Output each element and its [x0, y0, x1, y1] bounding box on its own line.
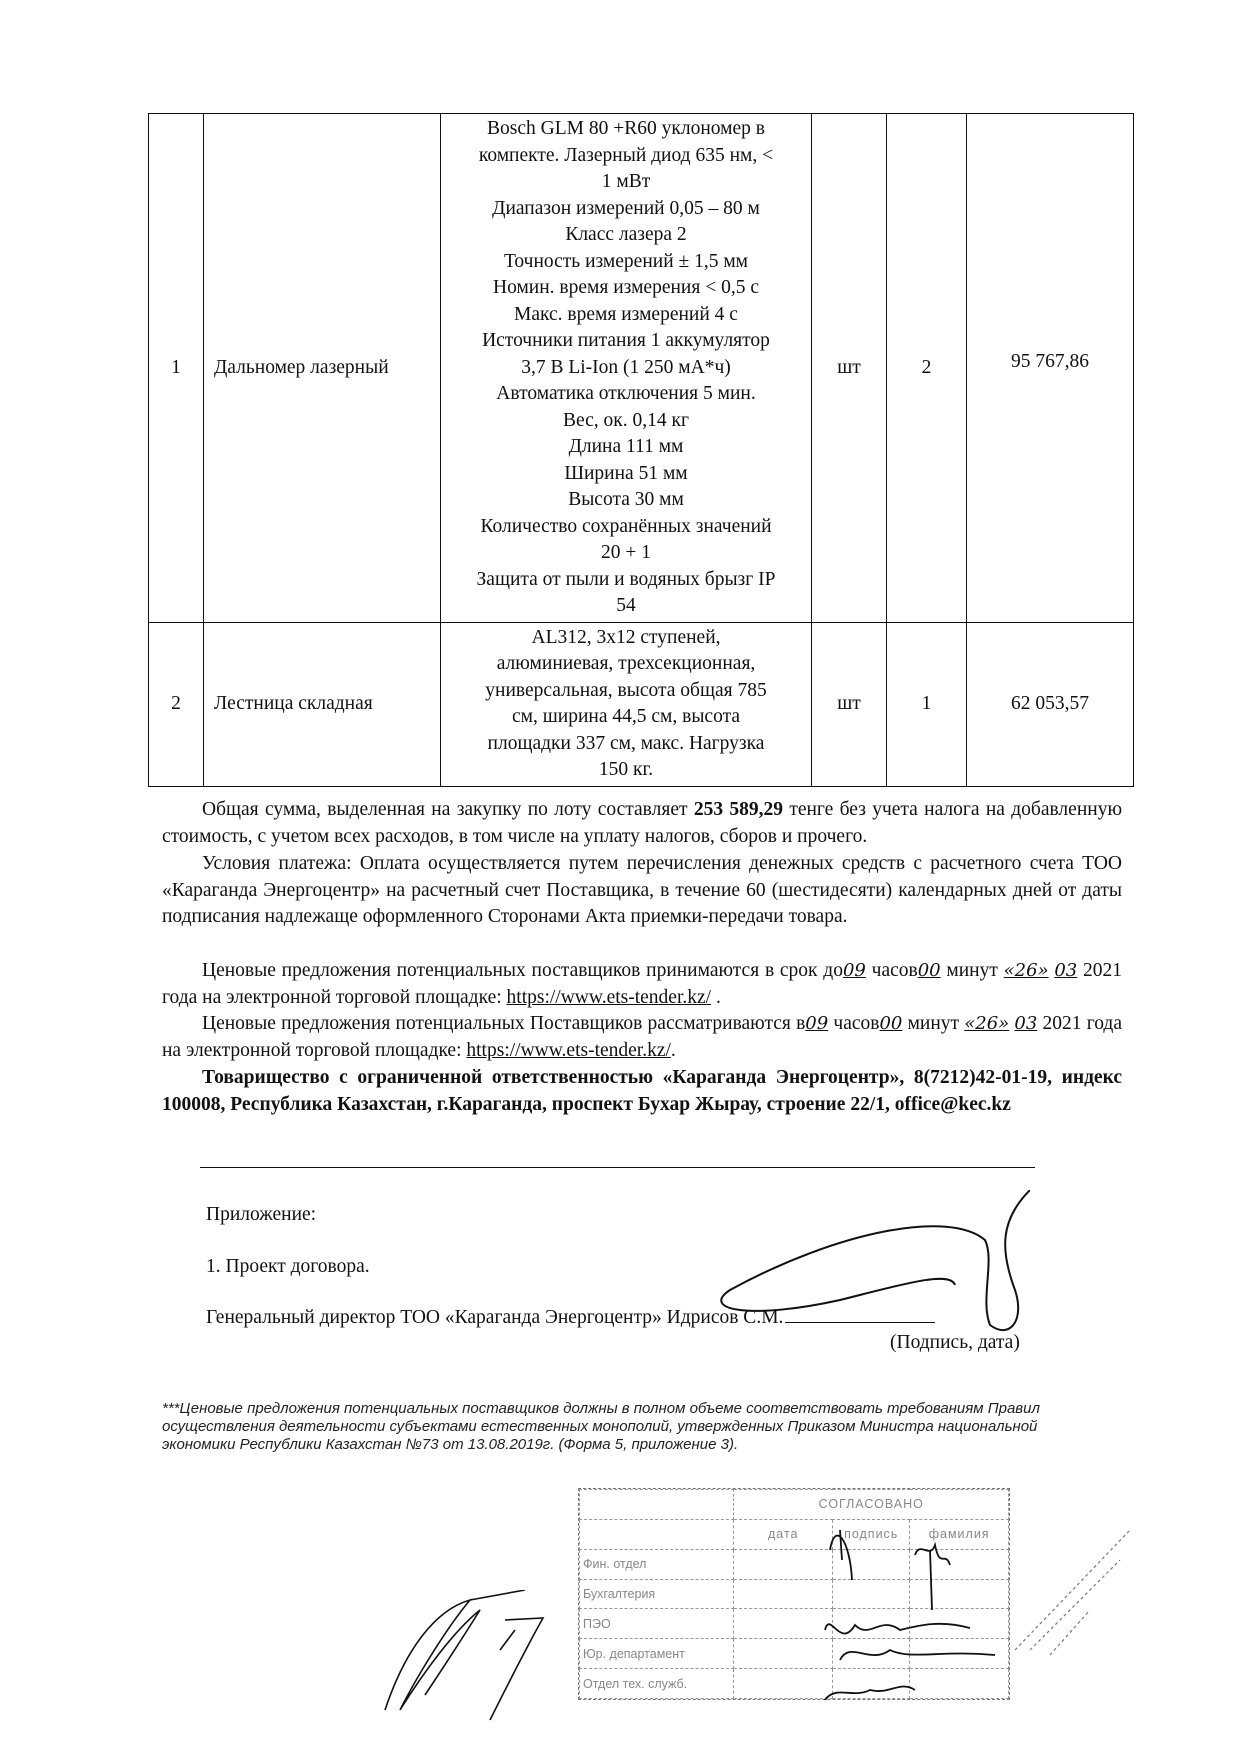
desc-line: Источники питания 1 аккумулятор [447, 328, 805, 355]
desc-line: Класс лазера 2 [447, 222, 805, 249]
company-info: Товарищество с ограниченной ответственно… [162, 1065, 1122, 1118]
review-text: часов [828, 1013, 879, 1034]
stamp-row-label: Отдел тех. служб. [580, 1669, 734, 1699]
stamp-cell [833, 1579, 910, 1609]
stamp-cell [910, 1579, 1009, 1609]
signature-caption: (Подпись, дата) [890, 1330, 1090, 1357]
desc-line: площадки 337 см, макс. Нагрузка [447, 731, 805, 758]
submission-deadline: Ценовые предложения потенциальных постав… [162, 958, 1122, 1011]
desc-line: 1 мВт [447, 169, 805, 196]
submission-minutes: 00 [918, 960, 941, 981]
row-number: 1 [149, 114, 204, 623]
desc-line: 20 + 1 [447, 540, 805, 567]
desc-line: Вес, ок. 0,14 кг [447, 408, 805, 435]
submission-text: Ценовые предложения потенциальных постав… [202, 960, 843, 981]
desc-line: алюминиевая, трехсекционная, [447, 651, 805, 678]
desc-line: Диапазон измерений 0,05 – 80 м [447, 196, 805, 223]
desc-line: Автоматика отключения 5 мин. [447, 381, 805, 408]
stamp-cell [910, 1639, 1009, 1669]
row-number: 2 [149, 622, 204, 786]
stamp-blank [580, 1519, 734, 1549]
desc-line: Высота 30 мм [447, 487, 805, 514]
desc-line: AL312, 3х12 ступеней, [447, 625, 805, 652]
item-price: 62 053,57 [967, 622, 1134, 786]
stamp-title: СОГЛАСОВАНО [734, 1490, 1009, 1520]
stamp-col-surname: фамилия [910, 1519, 1009, 1549]
desc-line: Защита от пыли и водяных брызг IP [447, 567, 805, 594]
desc-line: Точность измерений ± 1,5 мм [447, 249, 805, 276]
desc-line: Макс. время измерений 4 с [447, 302, 805, 329]
review-end: . [671, 1040, 676, 1061]
total-paragraph: Общая сумма, выделенная на закупку по ло… [162, 797, 1122, 850]
desc-line: 54 [447, 593, 805, 620]
submission-end: . [711, 987, 721, 1008]
item-description: Bosch GLM 80 +R60 уклономер в компекте. … [441, 114, 812, 623]
stamp-blank [580, 1490, 734, 1520]
stamp-row-label: Фин. отдел [580, 1549, 734, 1579]
payment-terms: Условия платежа: Оплата осуществляется п… [162, 851, 1122, 931]
item-unit: шт [812, 114, 887, 623]
table-row: 1 Дальномер лазерный Bosch GLM 80 +R60 у… [149, 114, 1134, 623]
stamp-row-label: Юр. департамент [580, 1639, 734, 1669]
stamp-cell [734, 1639, 833, 1669]
desc-line: универсальная, высота общая 785 [447, 678, 805, 705]
tender-link[interactable]: https://www.ets-tender.kz/ [466, 1040, 671, 1061]
stamp-cell [833, 1639, 910, 1669]
review-day: «26» [964, 1013, 1009, 1034]
footnote: ***Ценовые предложения потенциальных пос… [162, 1400, 1102, 1454]
desc-line: Ширина 51 мм [447, 461, 805, 488]
stamp-cell [910, 1549, 1009, 1579]
table-row: 2 Лестница складная AL312, 3х12 ступеней… [149, 622, 1134, 786]
appendix-item: 1. Проект договора. [206, 1254, 606, 1281]
desc-line: 3,7 В Li-Ion (1 250 мА*ч) [447, 355, 805, 382]
signatory-text: Генеральный директор ТОО «Караганда Энер… [206, 1307, 783, 1328]
divider-line [200, 1167, 1035, 1168]
desc-line: Количество сохранённых значений [447, 514, 805, 541]
item-quantity: 1 [887, 622, 967, 786]
review-minutes: 00 [879, 1013, 902, 1034]
signatory-line: Генеральный директор ТОО «Караганда Энер… [206, 1305, 1106, 1332]
stamp-row-label: ПЭО [580, 1609, 734, 1639]
left-signature-icon [375, 1590, 555, 1730]
stamp-cell [833, 1549, 910, 1579]
desc-line: см, ширина 44,5 см, высота [447, 704, 805, 731]
review-time: Ценовые предложения потенциальных Постав… [162, 1011, 1122, 1064]
stamp-cell [910, 1609, 1009, 1639]
item-description: AL312, 3х12 ступеней, алюминиевая, трехс… [441, 622, 812, 786]
desc-line: Длина 111 мм [447, 434, 805, 461]
stamp-cell [734, 1579, 833, 1609]
desc-line: Bosch GLM 80 +R60 уклономер в [447, 116, 805, 143]
stamp-cell [734, 1549, 833, 1579]
stamp-row-label: Бухгалтерия [580, 1579, 734, 1609]
desc-line: 150 кг. [447, 757, 805, 784]
review-text: Ценовые предложения потенциальных Постав… [202, 1013, 805, 1034]
item-quantity: 2 [887, 114, 967, 623]
stamp-cell [833, 1669, 910, 1699]
stamp-col-date: дата [734, 1519, 833, 1549]
stamp-cell [734, 1609, 833, 1639]
item-price: 95 767,86 [967, 114, 1134, 623]
submission-month: 03 [1054, 960, 1077, 981]
right-faint-signature-icon [1010, 1500, 1140, 1660]
stamp-cell [734, 1669, 833, 1699]
stamp-cell [910, 1669, 1009, 1699]
submission-day: «26» [1004, 960, 1049, 981]
item-name: Лестница складная [204, 622, 441, 786]
review-month: 03 [1014, 1013, 1037, 1034]
submission-text: минут [941, 960, 998, 981]
stamp-cell [833, 1609, 910, 1639]
tender-link[interactable]: https://www.ets-tender.kz/ [507, 987, 712, 1008]
total-amount: 253 589,29 [694, 799, 783, 820]
lot-table: 1 Дальномер лазерный Bosch GLM 80 +R60 у… [148, 113, 1134, 787]
stamp-col-signature: подпись [833, 1519, 910, 1549]
appendix-title: Приложение: [206, 1202, 606, 1229]
review-hours: 09 [805, 1013, 828, 1034]
approval-stamp: СОГЛАСОВАНО дата подпись фамилия Фин. от… [578, 1488, 1010, 1700]
submission-hours: 09 [843, 960, 866, 981]
item-name: Дальномер лазерный [204, 114, 441, 623]
desc-line: компекте. Лазерный диод 635 нм, < [447, 143, 805, 170]
review-text: минут [902, 1013, 959, 1034]
desc-line: Номин. время измерения < 0,5 с [447, 275, 805, 302]
submission-text: часов [866, 960, 918, 981]
signature-blank [785, 1322, 935, 1323]
item-unit: шт [812, 622, 887, 786]
total-prefix: Общая сумма, выделенная на закупку по ло… [202, 799, 694, 820]
